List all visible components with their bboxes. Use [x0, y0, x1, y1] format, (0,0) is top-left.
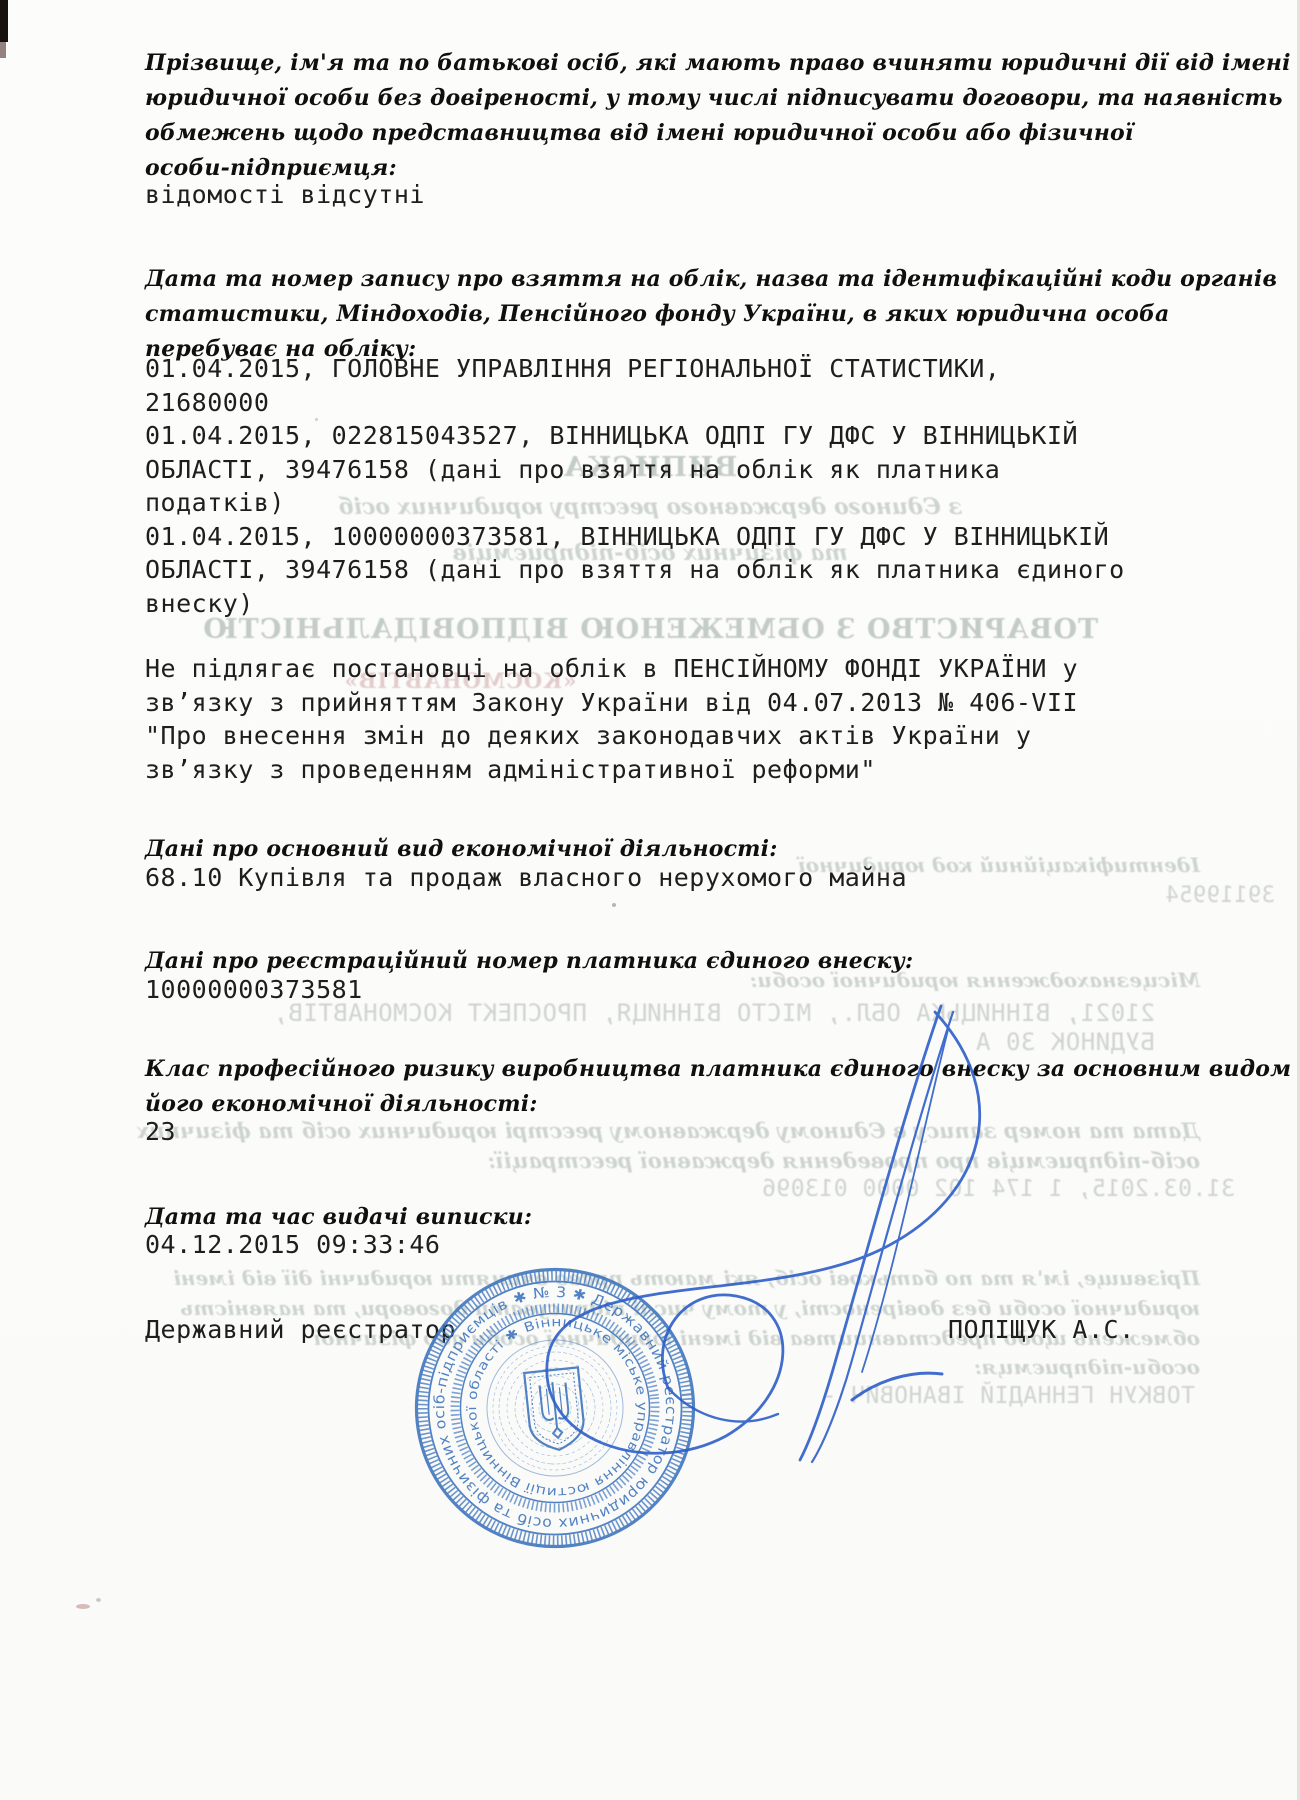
dust-speck	[315, 418, 318, 421]
heading-line: Дата та номер запису про взяття на облік…	[145, 262, 1277, 297]
mono-line: 01.04.2015, ГОЛОВНЕ УПРАВЛІННЯ РЕГІОНАЛЬ…	[145, 352, 1125, 386]
section-risk-class-value: 23	[145, 1115, 176, 1149]
mono-line: ОБЛАСТІ, 39476158 (дані про взяття на об…	[145, 453, 1125, 487]
mono-line: ОБЛАСТІ, 39476158 (дані про взяття на об…	[145, 553, 1125, 587]
scanned-document-page: ВИПИСКА з Єдиного державного реєстру юри…	[0, 0, 1300, 1800]
bleedthrough-names-label-1: Прізвище, ім'я та по батькові осіб, які …	[100, 1266, 1200, 1290]
heading-line: юридичної особи без довіреності, у тому …	[145, 81, 1291, 116]
heading-line: Клас професійного ризику виробництва пла…	[145, 1052, 1291, 1087]
dust-speck	[612, 903, 616, 907]
section-payer-number-value: 10000000373581	[145, 973, 363, 1007]
mono-line: "Про внесення змін до деяких законодавчи…	[145, 719, 1078, 753]
registrar-name: ПОЛІЩУК А.С.	[948, 1313, 1135, 1347]
dust-speck	[76, 1604, 90, 1609]
trident-shield-emblem	[524, 1367, 586, 1452]
mono-line: податків)	[145, 486, 1125, 520]
mono-line: зв’язку з проведенням адміністративної р…	[145, 753, 1078, 787]
section-pension-fund-note: Не підлягає постановці на облік в ПЕНСІЙ…	[145, 652, 1078, 786]
bleedthrough-record-label-2: осіб-підприємців про проведення державно…	[100, 1148, 1200, 1173]
section-risk-class-heading: Клас професійного ризику виробництва пла…	[145, 1052, 1291, 1122]
scan-edge-mark-fade	[0, 42, 6, 58]
mono-line: 01.04.2015, 10000000373581, ВІННИЦЬКА ОД…	[145, 520, 1125, 554]
mono-line: Не підлягає постановці на облік в ПЕНСІЙ…	[145, 652, 1078, 686]
bleedthrough-names-label-4: особи-підприємця:	[100, 1355, 1200, 1379]
dust-speck	[96, 1598, 101, 1602]
section-issue-datetime-value: 04.12.2015 09:33:46	[145, 1228, 440, 1262]
section-signatories-value: відомості відсутні	[145, 178, 425, 212]
mono-line: зв’язку з прийняттям Закону України від …	[145, 686, 1078, 720]
mono-line: внеску)	[145, 587, 1125, 621]
heading-line: Прізвище, ім'я та по батькові осіб, які …	[145, 46, 1291, 81]
section-economic-activity-value: 68.10 Купівля та продаж власного нерухом…	[145, 861, 907, 895]
bleedthrough-record-value: 31.03.2015, 1 174 102 0000 013096	[135, 1176, 1235, 1202]
scan-edge-mark	[0, 0, 8, 42]
heading-line: статистики, Міндоходів, Пенсійного фонду…	[145, 297, 1277, 332]
section-registration-record-value: 01.04.2015, ГОЛОВНЕ УПРАВЛІННЯ РЕГІОНАЛЬ…	[145, 352, 1125, 620]
section-signatories-heading: Прізвище, ім'я та по батькові осіб, які …	[145, 46, 1291, 186]
mono-line: 01.04.2015, 022815043527, ВІННИЦЬКА ОДПІ…	[145, 419, 1125, 453]
heading-line: обмежень щодо представництва від імені ю…	[145, 116, 1291, 151]
registrar-label: Державний реєстратор	[145, 1313, 456, 1347]
heading-line: його економічної діяльності:	[145, 1087, 1291, 1122]
bleedthrough-names-value: ТОВКУН ГЕННАДІЙ ІВАНОВИЧ -	[95, 1383, 1195, 1409]
mono-line: 21680000	[145, 386, 1125, 420]
